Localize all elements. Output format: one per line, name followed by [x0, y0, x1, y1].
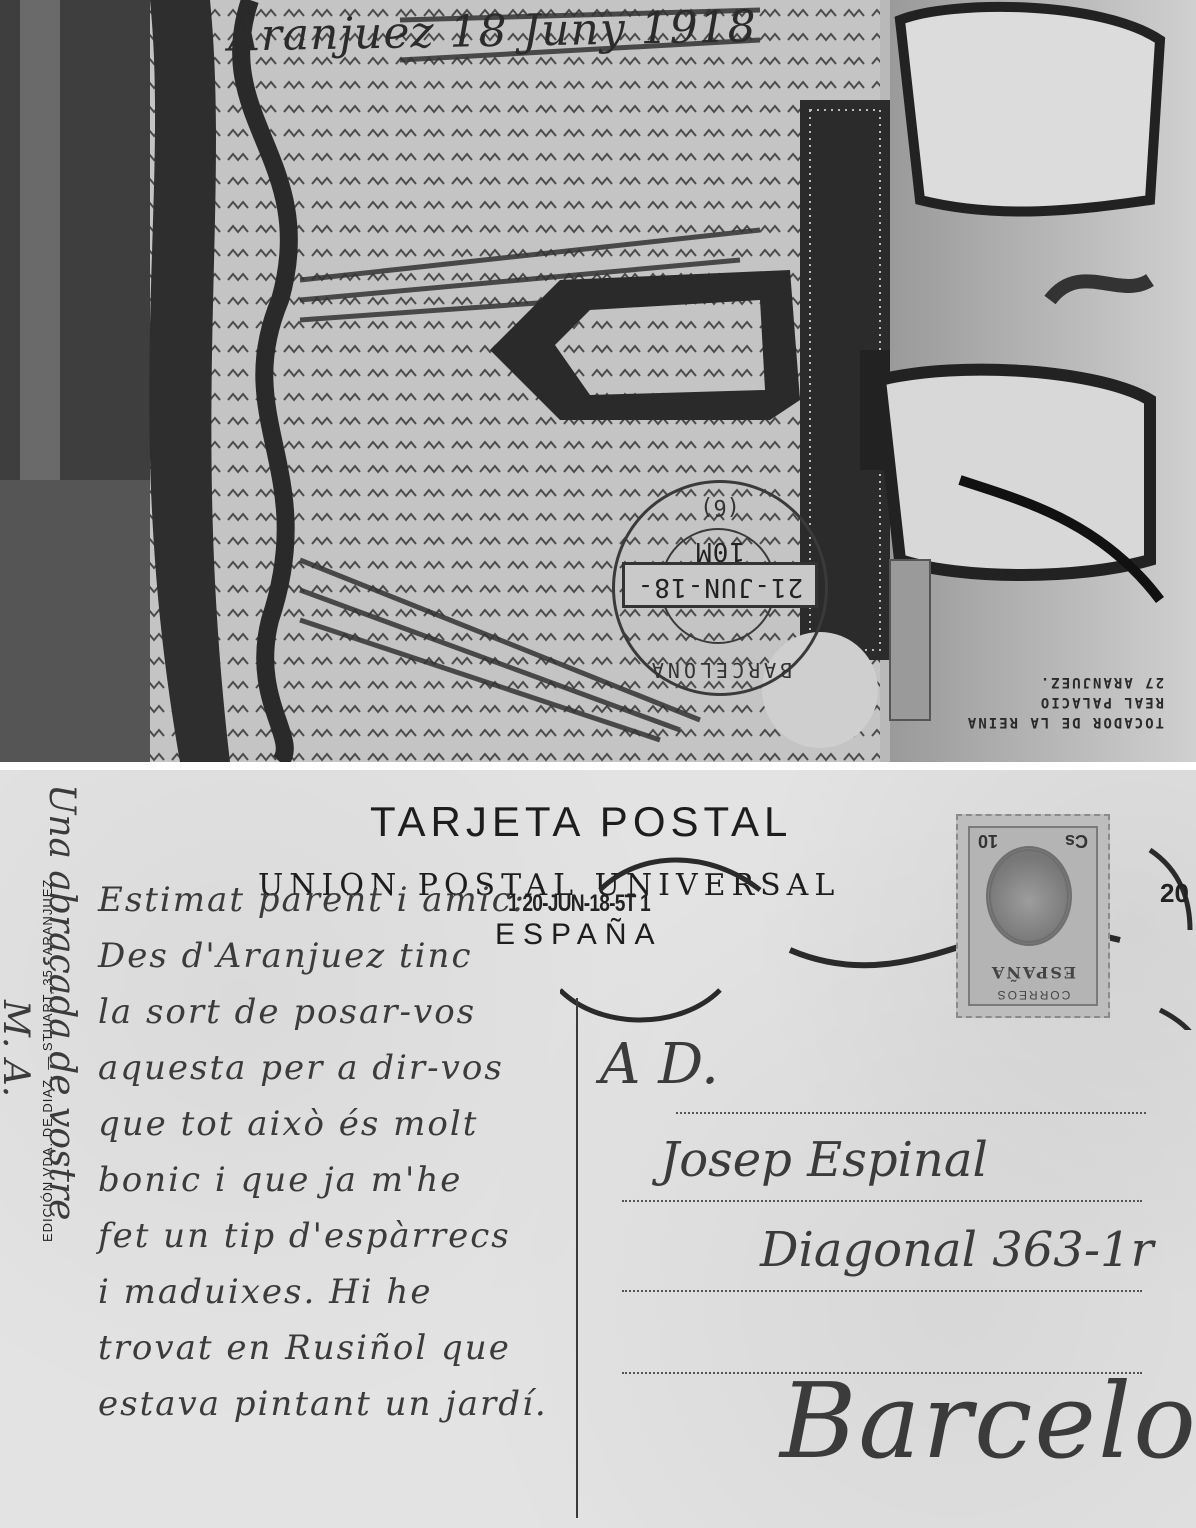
front-handwritten-date: Aranjuez 18 Juny 1918: [228, 1, 757, 61]
edge-postmark-fragment: 20: [1160, 878, 1189, 909]
message-line: que tot això és molt: [98, 1104, 478, 1144]
postmark-date: 21-JUN-18-10M: [622, 562, 818, 608]
stamp-value-right: 10: [978, 830, 998, 851]
postmark-city: BARCELONA: [612, 658, 828, 682]
postcard-front-photo: Aranjuez 18 Juny 1918 BARCELONA 21-JUN-1…: [0, 0, 1196, 762]
stamp-portrait-icon: [986, 846, 1072, 946]
address-name: Josep Espinal: [660, 1132, 988, 1188]
postcard-back: TARJETA POSTAL UNION POSTAL UNIVERSAL ES…: [0, 770, 1196, 1528]
message-line: Estimat parent i amic:: [98, 880, 526, 920]
postmark-number: (6): [612, 494, 828, 519]
message-line: fet un tip d'espàrrecs: [98, 1216, 511, 1256]
stamp-country: ESPAÑA: [976, 960, 1090, 982]
stamp-value-left: Cs: [1065, 830, 1088, 851]
message-line: estava pintant un jardí.: [98, 1384, 548, 1424]
address-line-1: [676, 1112, 1146, 1114]
message-address-divider: [576, 998, 578, 1518]
palace-interior-photo: [0, 0, 1196, 762]
address-city: Barcelona: [780, 1360, 1196, 1482]
stamp-label: CORREOS: [976, 980, 1090, 1002]
margin-note-signature: M. A.: [0, 1000, 36, 1097]
message-line: Des d'Aranjuez tinc: [98, 936, 472, 976]
caption-line: REAL PALACIO: [934, 692, 1164, 712]
address-line-3: [622, 1290, 1142, 1292]
caption-line: TOCADOR DE LA REINA: [934, 712, 1164, 732]
message-line: aquesta per a dir-vos: [98, 1048, 504, 1088]
address-street: Diagonal 363-1r: [760, 1222, 1154, 1278]
address-salutation: A D.: [600, 1032, 719, 1097]
message-line: trovat en Rusiñol que: [98, 1328, 511, 1368]
postage-stamp: CORREOS ESPAÑA Cs 10: [956, 814, 1110, 1018]
message-line: la sort de posar-vos: [98, 992, 476, 1032]
caption-line: 27 ARANJUEZ.: [934, 672, 1164, 692]
image-separator: [0, 762, 1196, 770]
photo-caption: TOCADOR DE LA REINA REAL PALACIO 27 ARAN…: [934, 672, 1164, 732]
message-line: i maduixes. Hi he: [98, 1272, 432, 1312]
margin-note-line: Una abraçada de vostre: [41, 784, 82, 1220]
message-line: bonic i que ja m'he: [98, 1160, 462, 1200]
address-line-2: [622, 1200, 1142, 1202]
front-postmark: BARCELONA 21-JUN-18-10M (6): [612, 480, 828, 696]
